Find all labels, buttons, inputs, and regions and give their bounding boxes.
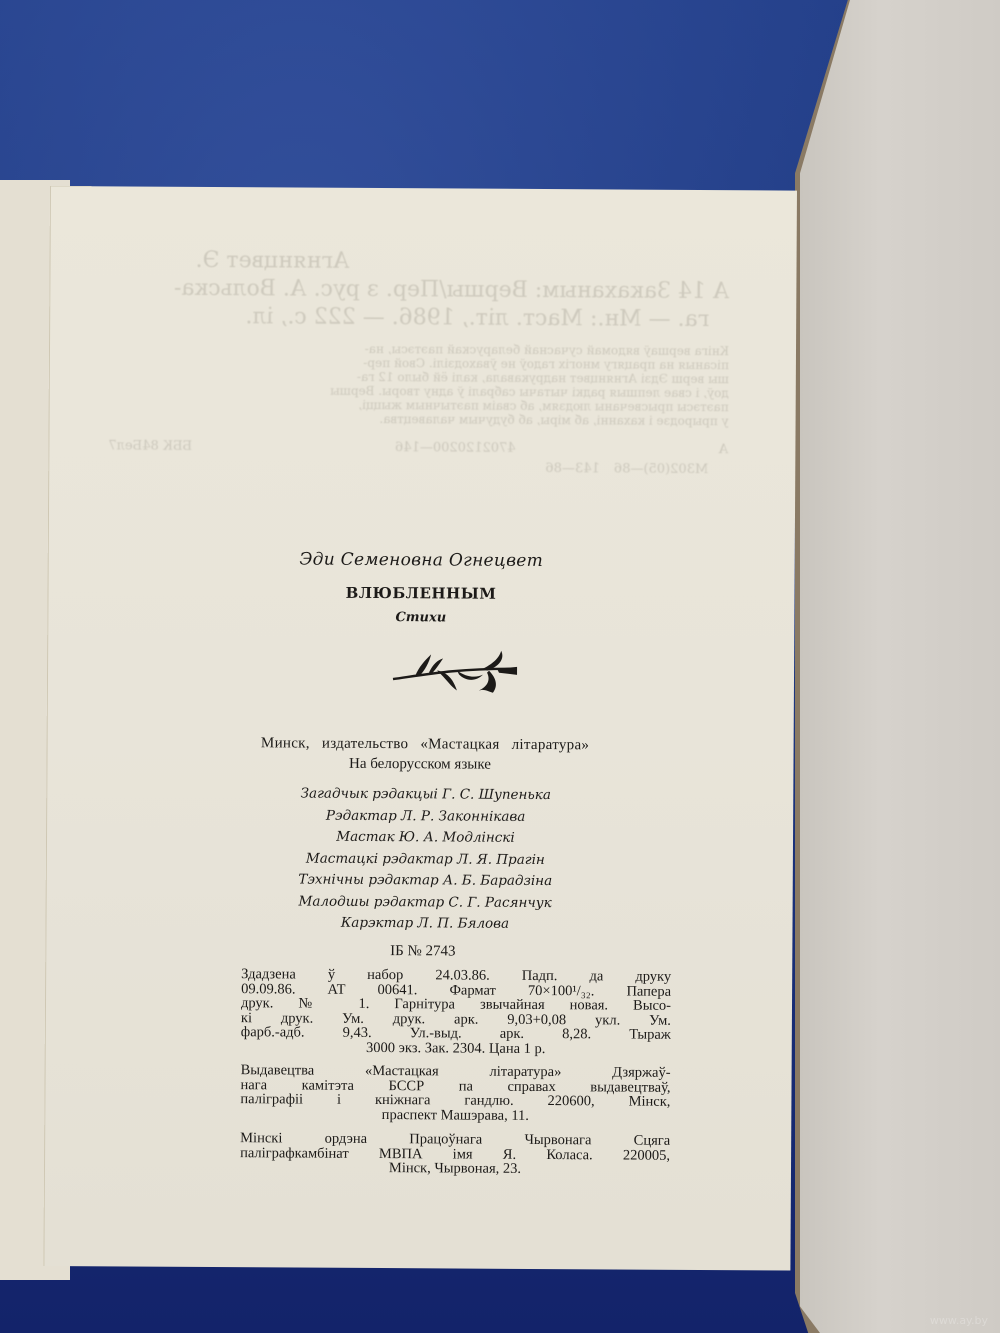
bleed-code-right: 143—86	[545, 461, 609, 476]
author-name: Эди Семеновна Огнецвет	[48, 548, 795, 573]
bleed-code-letter: А	[718, 440, 728, 460]
bleed-isbn: ББК 84Бел7	[108, 436, 192, 457]
credits-list: Загадчык рэдакцыі Г. С. Шупенька Рэдакта…	[45, 782, 793, 937]
publisher-block: Минск, издательство «Мастацкая літаратур…	[46, 732, 793, 777]
bleed-code-top: 4702120200—146	[395, 438, 516, 459]
bleed-through-text: Агнянцвет Э. А 14 Закаханым: Вершы/Пер. …	[108, 246, 729, 480]
colophon-publisher-address: Выдавецтва «Мастацкая літаратура» Дзяржа…	[240, 1063, 670, 1124]
bleed-line: Агнянцвет Э.	[109, 246, 729, 278]
colophon-print-details: Здадзена ў набор 24.03.86. Падп. да друк…	[241, 967, 672, 1057]
book-subtitle: Стихи	[47, 608, 794, 628]
watermark: www.ay.by	[930, 1314, 988, 1327]
language-note: На белорусском языке	[46, 752, 793, 777]
facing-page	[800, 0, 1000, 1333]
colophon-printer-address: Мінскі ордэна Працоўнага Чырвонага Сцяга…	[240, 1131, 670, 1177]
bleed-line: А 14 Закаханым: Вершы/Пер. з рус. А. Вол…	[109, 274, 729, 306]
bleed-line: га. — Мн.: Маст. літ., 1986. — 222 с., і…	[109, 302, 729, 334]
credit-line: Карэктар Л. П. Бялова	[57, 911, 792, 937]
title-back-page: Агнянцвет Э. А 14 Закаханым: Вершы/Пер. …	[43, 186, 797, 1271]
branch-ornament-icon	[387, 646, 527, 697]
book-title: ВЛЮБЛЕННЫМ	[47, 582, 794, 605]
ib-number: ІБ № 2743	[45, 941, 792, 963]
bleed-code-bottom: М302(05)—86	[614, 461, 708, 477]
